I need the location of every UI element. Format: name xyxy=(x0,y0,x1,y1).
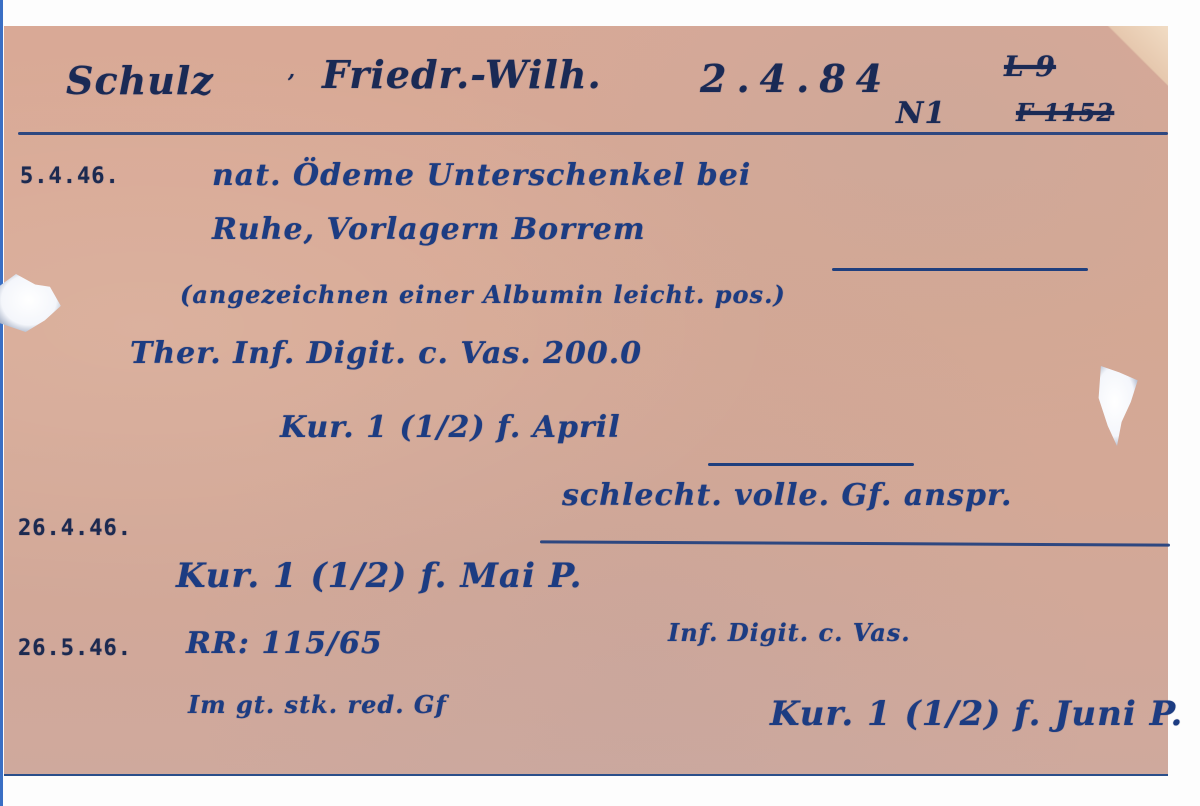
entry-line: Kur. 1 (1/2) f. Mai P. xyxy=(176,556,583,596)
entry-line: (angezeichnen einer Albumin leicht. pos.… xyxy=(180,280,786,309)
patient-birth-date: 2.4.84 xyxy=(700,56,892,101)
index-card xyxy=(4,26,1168,776)
record-code: N1 xyxy=(896,96,946,131)
underline-mark xyxy=(832,268,1088,271)
patient-surname: Schulz xyxy=(66,58,214,103)
entry-line: Kur. 1 (1/2) f. Juni P. xyxy=(770,694,1183,734)
entry-line: Inf. Digit. c. Vas. xyxy=(668,618,911,647)
entry-date: 26.5.46. xyxy=(18,636,132,661)
entry-date: 5.4.46. xyxy=(20,164,120,189)
comma-mark: , xyxy=(288,58,296,82)
entry-date: 26.4.46. xyxy=(18,516,132,541)
header-rule xyxy=(18,132,1168,135)
scan-edge xyxy=(0,0,3,806)
entry-line: Kur. 1 (1/2) f. April xyxy=(280,410,621,445)
entry-line: Ruhe, Vorlagern Borrem xyxy=(212,212,646,247)
struck-code-top: L 9 xyxy=(1004,50,1056,83)
entry-line: Ther. Inf. Digit. c. Vas. 200.0 xyxy=(130,336,642,371)
struck-code-bottom: F 1152 xyxy=(1016,98,1114,127)
underline-mark xyxy=(708,463,914,466)
scanned-card-image: Schulz , Friedr.-Wilh. 2.4.84 L 9 N1 F 1… xyxy=(0,0,1200,806)
patient-given-names: Friedr.-Wilh. xyxy=(322,52,602,97)
entry-line: Im gt. stk. red. Gf xyxy=(188,690,447,719)
entry-line: nat. Ödeme Unterschenkel bei xyxy=(212,158,751,193)
entry-line: schlecht. volle. Gf. anspr. xyxy=(562,478,1012,513)
entry-line: RR: 115/65 xyxy=(186,626,383,661)
